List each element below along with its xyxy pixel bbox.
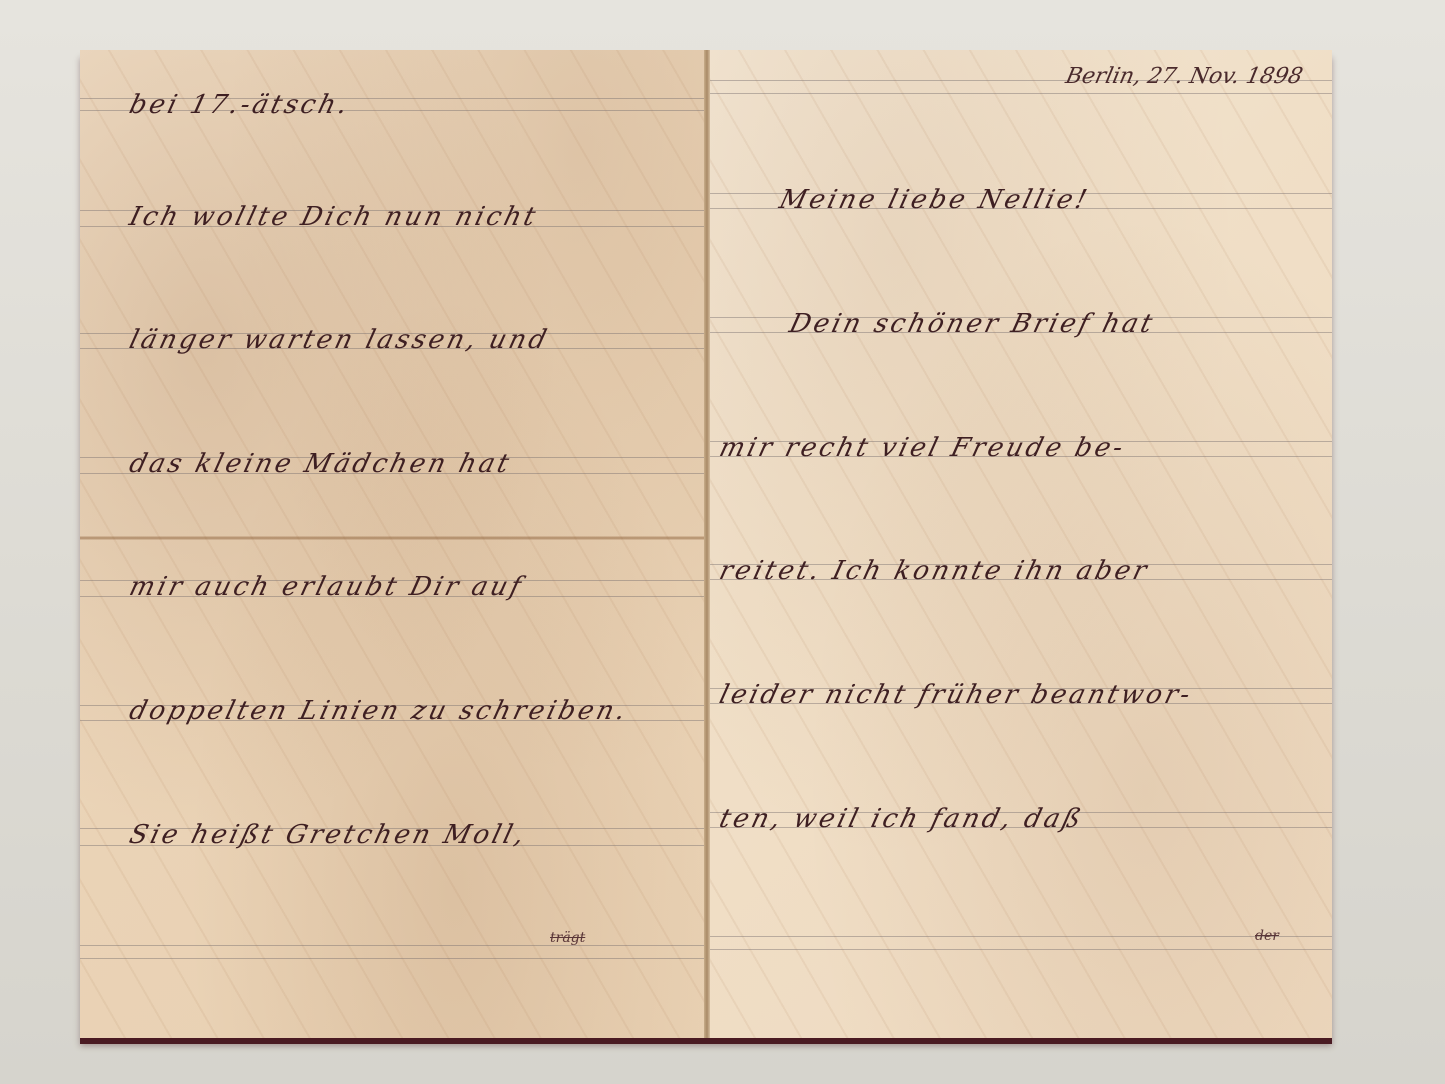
letter-line: reitet. Ich konnte ihn aber: [710, 556, 1332, 586]
letter-line: Sie heißt Gretchen Moll,: [80, 820, 704, 850]
catchword-left: trägt: [550, 930, 585, 946]
letter-line: doppelten Linien zu schreiben.: [80, 696, 704, 726]
letter-line: mir auch erlaubt Dir auf: [80, 572, 704, 602]
letter-line: Ich wollte Dich nun nicht: [80, 202, 704, 232]
letter-line: leider nicht früher beantwor-: [710, 680, 1332, 710]
left-page: bei 17.-ätsch. Ich wollte Dich nun nicht…: [80, 50, 704, 1038]
letter-line: mir recht viel Freude be-: [710, 433, 1332, 463]
catchword-right: der: [1255, 928, 1279, 944]
dateline: Berlin, 27. Nov. 1898: [1063, 64, 1305, 89]
letter-line: länger warten lassen, und: [80, 325, 704, 355]
horizontal-fold: [80, 536, 704, 540]
paper-texture: [80, 50, 704, 1038]
letter-sheet: bei 17.-ätsch. Ich wollte Dich nun nicht…: [80, 50, 1332, 1038]
salutation: Meine liebe Nellie!: [710, 185, 1332, 215]
letter-line: bei 17.-ätsch.: [80, 90, 704, 120]
letter-line: Dein schöner Brief hat: [710, 309, 1332, 339]
right-page: Berlin, 27. Nov. 1898 Meine liebe Nellie…: [710, 50, 1332, 1038]
letter-line: das kleine Mädchen hat: [80, 449, 704, 479]
letter-line: ten, weil ich fand, daß: [710, 804, 1332, 834]
